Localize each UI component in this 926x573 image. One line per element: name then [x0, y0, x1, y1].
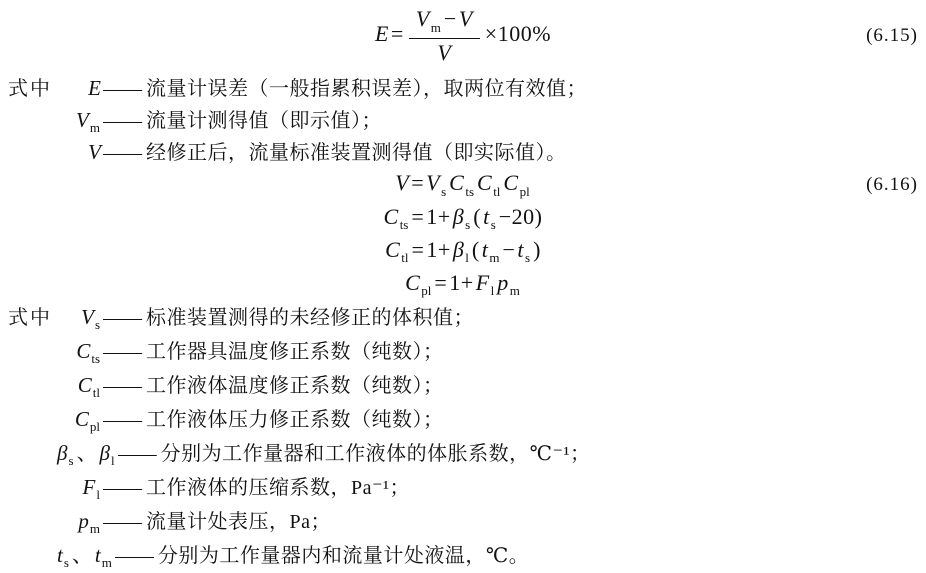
equation-6-16: V=VsCtsCtlCpl (6.16) — [0, 168, 926, 202]
definition-row-beta: βs、βl —— 分别为工作量器和工作液体的体胀系数，℃⁻¹； — [0, 437, 926, 471]
equation-cpl: Cpl=1+Flpm — [0, 268, 926, 301]
term-symbol-Vs: Vs — [56, 305, 102, 333]
definition-block-1: 式中 E —— 流量计误差（一般指累积误差），取两位有效值； Vm —— 流量计… — [0, 72, 926, 168]
term-description: 经修正后，流量标准装置测得值（即实际值）。 — [146, 136, 567, 165]
em-dash: —— — [103, 511, 143, 534]
term-description: 分别为工作量器和工作液体的体胀系数，℃⁻¹； — [161, 437, 591, 466]
where-label: 式中 — [8, 72, 56, 101]
term-description: 工作液体压力修正系数（纯数）； — [146, 403, 444, 432]
term-description: 流量计处表压，Pa； — [146, 505, 331, 534]
term-symbol-Ctl: Ctl — [56, 373, 102, 401]
em-dash: —— — [118, 443, 158, 466]
formula-flow-meter-error: E=Vm−VV×100% — [374, 6, 552, 65]
term-symbol-E: E — [56, 76, 102, 101]
term-description: 工作液体的压缩系数，Pa⁻¹； — [146, 471, 410, 500]
fraction-numerator: Vm−V — [409, 6, 480, 38]
em-dash: —— — [103, 78, 143, 101]
definition-row-ts-tm: ts、tm —— 分别为工作量器内和流量计处液温，℃。 — [0, 539, 926, 573]
definition-row-Fl: Fl —— 工作液体的压缩系数，Pa⁻¹； — [0, 471, 926, 505]
em-dash: —— — [103, 477, 143, 500]
definition-row-Cpl: Cpl —— 工作液体压力修正系数（纯数）； — [0, 403, 926, 437]
em-dash: —— — [103, 307, 143, 330]
document-page: E=Vm−VV×100% (6.15) 式中 E —— 流量计误差（一般指累积误… — [0, 0, 926, 573]
term-symbol-pm: pm — [56, 509, 102, 537]
term-symbol-Fl: Fl — [56, 475, 102, 503]
definition-row-Ctl: Ctl —— 工作液体温度修正系数（纯数）； — [0, 369, 926, 403]
formula-lhs: E= — [374, 21, 405, 46]
em-dash: —— — [115, 545, 155, 568]
formula-corrected-volume: V=VsCtsCtlCpl — [394, 170, 531, 199]
definition-block-2: 式中 Vs —— 标准装置测得的未经修正的体积值； Cts —— 工作器具温度修… — [0, 301, 926, 573]
term-symbol-ts-tm: ts、tm — [56, 539, 114, 571]
equation-ctl: Ctl=1+βl(tm−ts) — [0, 235, 926, 268]
where-label: 式中 — [8, 301, 56, 330]
fraction: Vm−VV — [409, 6, 480, 65]
equation-number-616: (6.16) — [866, 174, 918, 196]
term-description: 分别为工作量器内和流量计处液温，℃。 — [158, 539, 529, 568]
equation-number-615: (6.15) — [866, 25, 918, 47]
em-dash: —— — [103, 341, 143, 364]
term-symbol-V: V — [56, 140, 102, 165]
term-symbol-Cts: Cts — [56, 339, 102, 367]
term-description: 流量计误差（一般指累积误差），取两位有效值； — [146, 72, 587, 101]
definition-row-E: 式中 E —— 流量计误差（一般指累积误差），取两位有效值； — [0, 72, 926, 104]
term-description: 流量计测得值（即示值）； — [146, 104, 382, 133]
em-dash: —— — [103, 142, 143, 165]
em-dash: —— — [103, 110, 143, 133]
formula-cpl: Cpl=1+Flpm — [404, 270, 522, 299]
formula-rhs: ×100% — [484, 21, 552, 46]
definition-row-pm: pm —— 流量计处表压，Pa； — [0, 505, 926, 539]
term-symbol-Vm: Vm — [56, 108, 102, 136]
fraction-denominator: V — [409, 39, 480, 66]
equation-cts: Cts=1+βs(ts−20) — [0, 202, 926, 235]
em-dash: —— — [103, 409, 143, 432]
term-description: 标准装置测得的未经修正的体积值； — [146, 301, 474, 330]
term-description: 工作器具温度修正系数（纯数）； — [146, 335, 444, 364]
term-symbol-beta-s-beta-l: βs、βl — [56, 437, 117, 469]
equation-6-15: E=Vm−VV×100% (6.15) — [0, 0, 926, 72]
em-dash: —— — [103, 375, 143, 398]
formula-ctl: Ctl=1+βl(tm−ts) — [384, 237, 542, 266]
definition-row-Vs: 式中 Vs —— 标准装置测得的未经修正的体积值； — [0, 301, 926, 335]
term-description: 工作液体温度修正系数（纯数）； — [146, 369, 444, 398]
definition-row-Cts: Cts —— 工作器具温度修正系数（纯数）； — [0, 335, 926, 369]
term-symbol-Cpl: Cpl — [56, 407, 102, 435]
definition-row-V: V —— 经修正后，流量标准装置测得值（即实际值）。 — [0, 136, 926, 168]
definition-row-Vm: Vm —— 流量计测得值（即示值）； — [0, 104, 926, 136]
formula-cts: Cts=1+βs(ts−20) — [383, 204, 544, 233]
